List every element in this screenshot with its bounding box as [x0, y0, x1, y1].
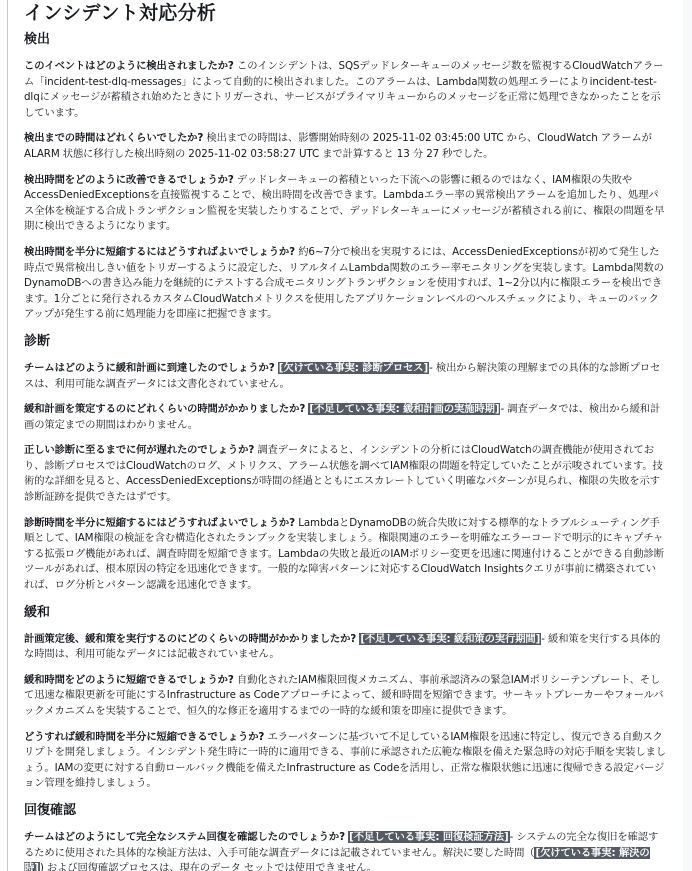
section-recovery-verification: 回復確認 チームはどのようにして完全なシステム回復を確認したのでしょうか? [不… [24, 802, 666, 871]
section-heading: 緩和 [24, 604, 666, 622]
page-title: インシデント対応分析 [24, 0, 666, 25]
qa-paragraph: 計画策定後、緩和策を実行するのにどのくらいの時間がかかりましたか? [不足してい… [24, 632, 666, 663]
qa-paragraph: 検出までの時間はどれくらいでしたか? 検出までの時間は、影響開始時刻の 2025… [24, 131, 666, 162]
question: このイベントはどのように検出されましたか? [24, 60, 234, 72]
qa-paragraph: 緩和時間をどのように短縮できるでしょうか? 自動化されたIAM権限回復メカニズム… [24, 673, 666, 720]
qa-paragraph: チームはどのようにして完全なシステム回復を確認したのでしょうか? [不足している… [24, 830, 666, 871]
missing-fact-tag: [不足している事実: 緩和策の実行期間] [359, 633, 541, 645]
question: 緩和計画を策定するのにどれくらいの時間がかかりましたか? [24, 403, 305, 415]
missing-fact-tag: [不足している事実: 回復検証方法] [348, 831, 509, 843]
scroll-gutter [683, 0, 692, 871]
question: どうすれば緩和時間を半分に短縮できるでしょうか? [24, 731, 264, 743]
section-heading: 検出 [24, 31, 666, 49]
qa-paragraph: チームはどのように緩和計画に到達したのでしょうか? [欠けている事実: 診断プロ… [24, 361, 666, 392]
section-heading: 診断 [24, 333, 666, 351]
question: 診断時間を半分に短縮するにはどうすればよいでしょうか? [24, 517, 295, 529]
section-detection: 検出 このイベントはどのように検出されましたか? このインシデントは、SQSデッ… [24, 31, 666, 323]
qa-paragraph: このイベントはどのように検出されましたか? このインシデントは、SQSデッドレタ… [24, 59, 666, 121]
question: 正しい診断に至るまでに何が遅れたのでしょうか? [24, 444, 254, 456]
missing-fact-tag: [欠けている事実: 診断プロセス] [278, 362, 429, 374]
question: チームはどのようにして完全なシステム回復を確認したのでしょうか? [24, 831, 345, 843]
missing-fact-tag: [不足している事実: 緩和計画の実施時期] [308, 403, 500, 415]
question: 検出時間をどのように改善できるでしょうか? [24, 174, 234, 186]
section-heading: 回復確認 [24, 802, 666, 820]
question: 検出までの時間はどれくらいでしたか? [24, 132, 203, 144]
section-mitigation: 緩和 計画策定後、緩和策を実行するのにどのくらいの時間がかかりましたか? [不足… [24, 604, 666, 792]
qa-paragraph: どうすれば緩和時間を半分に短縮できるでしょうか? エラーパターンに基づいて不足し… [24, 730, 666, 792]
qa-paragraph: 検出時間をどのように改善できるでしょうか? デッドレターキューの蓄積といった下流… [24, 173, 666, 235]
section-diagnosis: 診断 チームはどのように緩和計画に到達したのでしょうか? [欠けている事実: 診… [24, 333, 666, 594]
qa-paragraph: 正しい診断に至るまでに何が遅れたのでしょうか? 調査データによると、インシデント… [24, 443, 666, 505]
question: 計画策定後、緩和策を実行するのにどのくらいの時間がかかりましたか? [24, 633, 356, 645]
question: 検出時間を半分に短縮するにはどうすればよいでしょうか? [24, 246, 295, 258]
incident-analysis-document: インシデント対応分析 検出 このイベントはどのように検出されましたか? このイン… [24, 0, 666, 871]
question: 緩和時間をどのように短縮できるでしょうか? [24, 674, 234, 686]
qa-paragraph: 検出時間を半分に短縮するにはどうすればよいでしょうか? 約6~7分で検出を実現す… [24, 245, 666, 323]
question: チームはどのように緩和計画に到達したのでしょうか? [24, 362, 275, 374]
qa-paragraph: 緩和計画を策定するのにどれくらいの時間がかかりましたか? [不足している事実: … [24, 402, 666, 433]
qa-paragraph: 診断時間を半分に短縮するにはどうすればよいでしょうか? LambdaとDynam… [24, 516, 666, 594]
answer-continued: ) および回復確認プロセスは、現在のデータ セットでは使用できません。 [40, 862, 377, 871]
